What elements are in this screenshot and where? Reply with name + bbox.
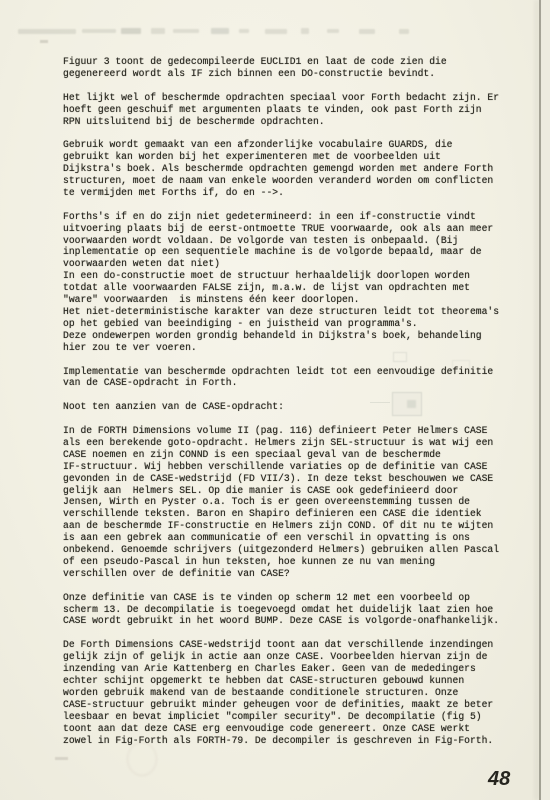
- bleedthrough-marks: [18, 26, 530, 36]
- paper-smudge: [40, 40, 48, 43]
- scan-edge-line: [539, 0, 541, 800]
- paragraph-noot-case: Noot ten aanzien van de CASE-opdracht:: [63, 401, 515, 413]
- document-text: Figuur 3 toont de gedecompileerde EUCLID…: [63, 56, 515, 746]
- paragraph-implementatie: Implementatie van beschermde opdrachten …: [63, 366, 515, 390]
- paragraph-onze-definitie-case: Onze definitie van CASE is te vinden op …: [63, 592, 515, 628]
- paper-smudge: [55, 757, 68, 760]
- scanned-page: Figuur 3 toont de gedecompileerde EUCLID…: [0, 0, 550, 800]
- paper-smudge: [127, 742, 157, 776]
- scan-edge-strip: [541, 0, 550, 800]
- paragraph-forth-dimensions-helmers: In de FORTH Dimensions volume II (pag. 1…: [63, 425, 515, 580]
- paragraph-case-wedstrijd: De Forth Dimensions CASE-wedstrijd toont…: [63, 639, 515, 746]
- paragraph-beschermde-opdrachten: Het lijkt wel of beschermde opdrachten s…: [63, 92, 515, 128]
- paragraph-guards-vocabulaire: Gebruik wordt gemaakt van een afzonderli…: [63, 139, 515, 199]
- paragraph-niet-gedetermineerd: Forths's if en do zijn niet gedeterminee…: [63, 211, 515, 354]
- page-number: 48: [488, 768, 528, 791]
- paragraph-figuur-3: Figuur 3 toont de gedecompileerde EUCLID…: [63, 56, 515, 80]
